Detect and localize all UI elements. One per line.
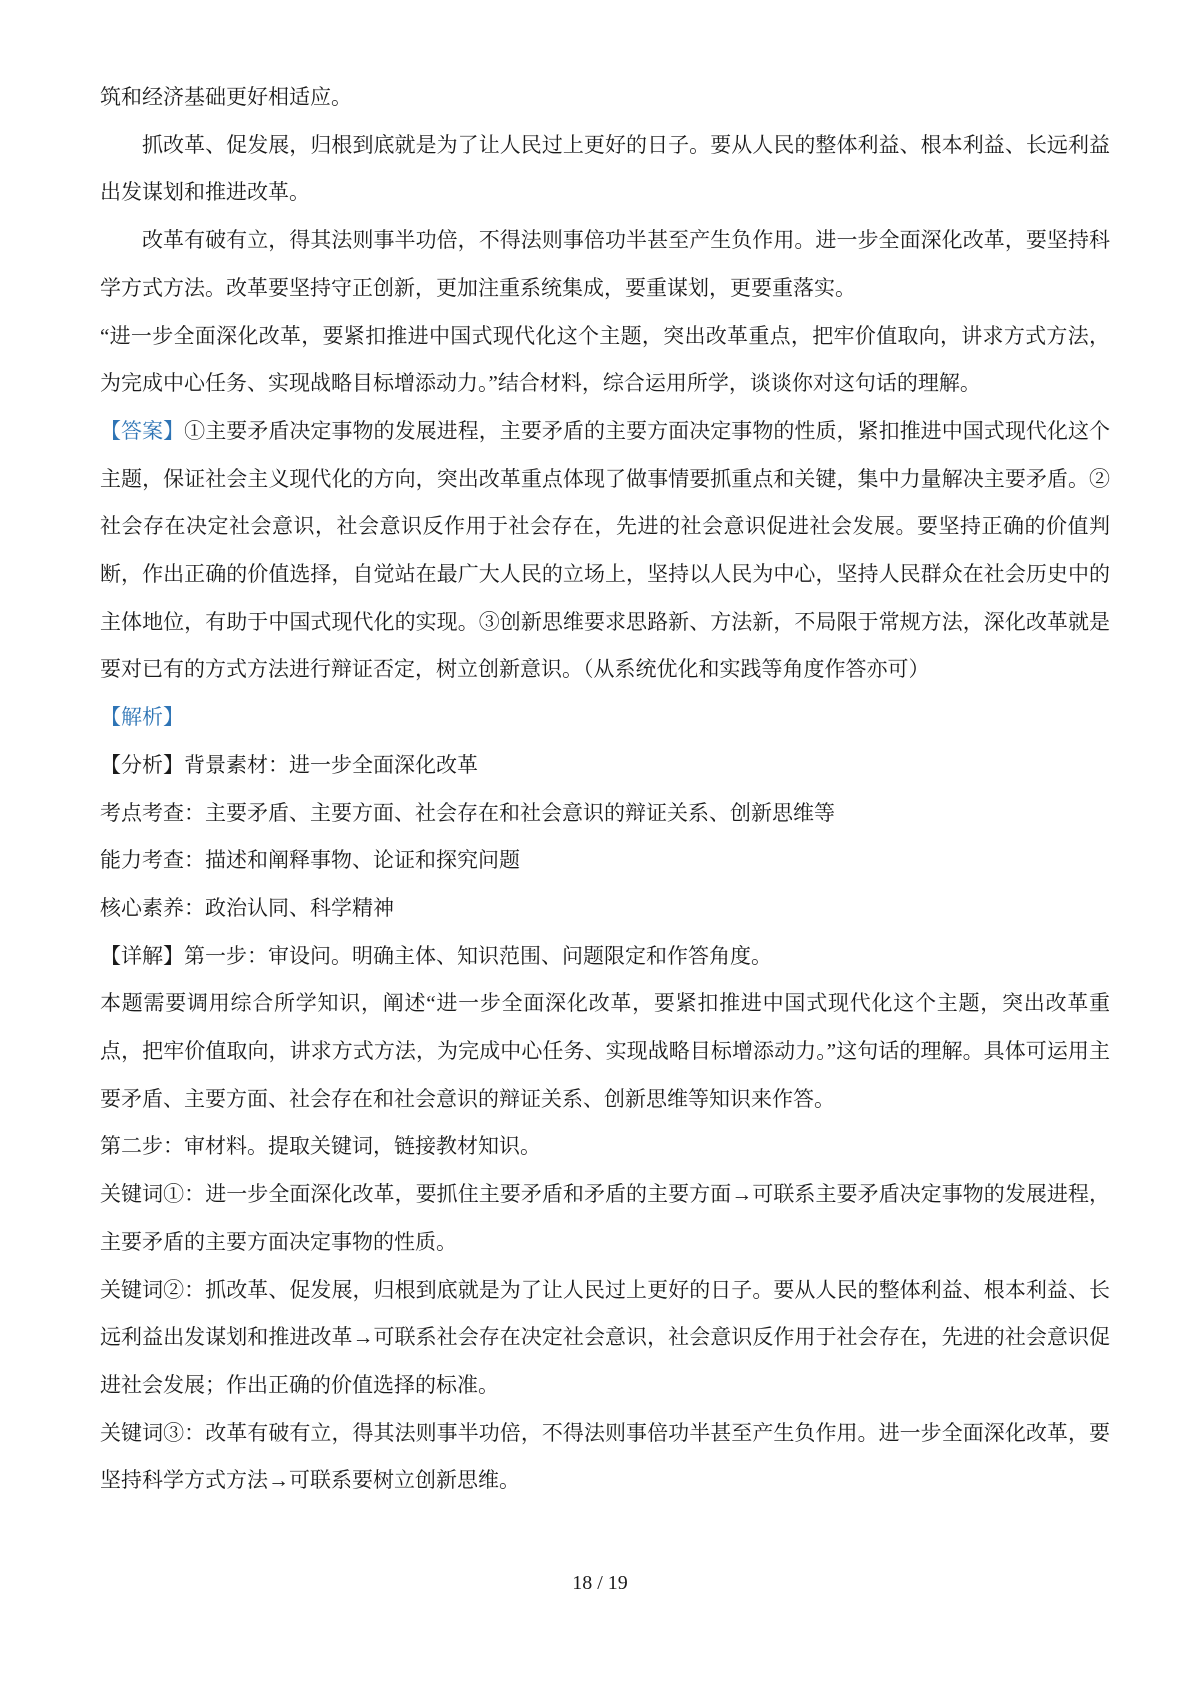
material-paragraph-2: 改革有破有立，得其法则事半功倍，不得法则事倍功半甚至产生负作用。进一步全面深化改… [100,217,1110,312]
fenxi-label: 【分析】 [100,753,184,777]
fenxi-text: 背景素材：进一步全面深化改革 [184,753,478,777]
step2-line: 第二步：审材料。提取关键词，链接教材知识。 [100,1123,1110,1171]
keyword-2-paragraph: 关键词②：抓改革、促发展，归根到底就是为了让人民过上更好的日子。要从人民的整体利… [100,1267,1110,1410]
jiexi-label: 【解析】 [100,705,184,729]
analysis-section-heading: 【解析】 [100,694,1110,742]
answer-text: ①主要矛盾决定事物的发展进程，主要矛盾的主要方面决定事物的性质，紧扣推进中国式现… [100,419,1110,682]
document-page: 筑和经济基础更好相适应。 抓改革、促发展，归根到底就是为了让人民过上更好的日子。… [0,0,1200,1697]
keyword-1-paragraph: 关键词①：进一步全面深化改革，要抓住主要矛盾和矛盾的主要方面→可联系主要矛盾决定… [100,1171,1110,1266]
exam-point-line: 考点考查：主要矛盾、主要方面、社会存在和社会意识的辩证关系、创新思维等 [100,790,1110,838]
paragraph-continuation: 筑和经济基础更好相适应。 [100,74,1110,122]
xiangjie-step1-text: 第一步：审设问。明确主体、知识范围、问题限定和作答角度。 [184,944,772,968]
material-paragraph-1: 抓改革、促发展，归根到底就是为了让人民过上更好的日子。要从人民的整体利益、根本利… [100,122,1110,217]
answer-label: 【答案】 [100,419,184,443]
fenxi-paragraph: 【分析】背景素材：进一步全面深化改革 [100,742,1110,790]
xiangjie-body-paragraph: 本题需要调用综合所学知识，阐述“进一步全面深化改革，要紧扣推进中国式现代化这个主… [100,980,1110,1123]
ability-line: 能力考查：描述和阐释事物、论证和探究问题 [100,837,1110,885]
xiangjie-label: 【详解】 [100,944,184,968]
question-paragraph: “进一步全面深化改革，要紧扣推进中国式现代化这个主题，突出改革重点，把牢价值取向… [100,313,1110,408]
page-number: 18 / 19 [0,1572,1200,1595]
core-literacy-line: 核心素养：政治认同、科学精神 [100,885,1110,933]
xiangjie-paragraph: 【详解】第一步：审设问。明确主体、知识范围、问题限定和作答角度。 [100,933,1110,981]
answer-paragraph: 【答案】①主要矛盾决定事物的发展进程，主要矛盾的主要方面决定事物的性质，紧扣推进… [100,408,1110,694]
keyword-3-paragraph: 关键词③：改革有破有立，得其法则事半功倍，不得法则事倍功半甚至产生负作用。进一步… [100,1410,1110,1505]
